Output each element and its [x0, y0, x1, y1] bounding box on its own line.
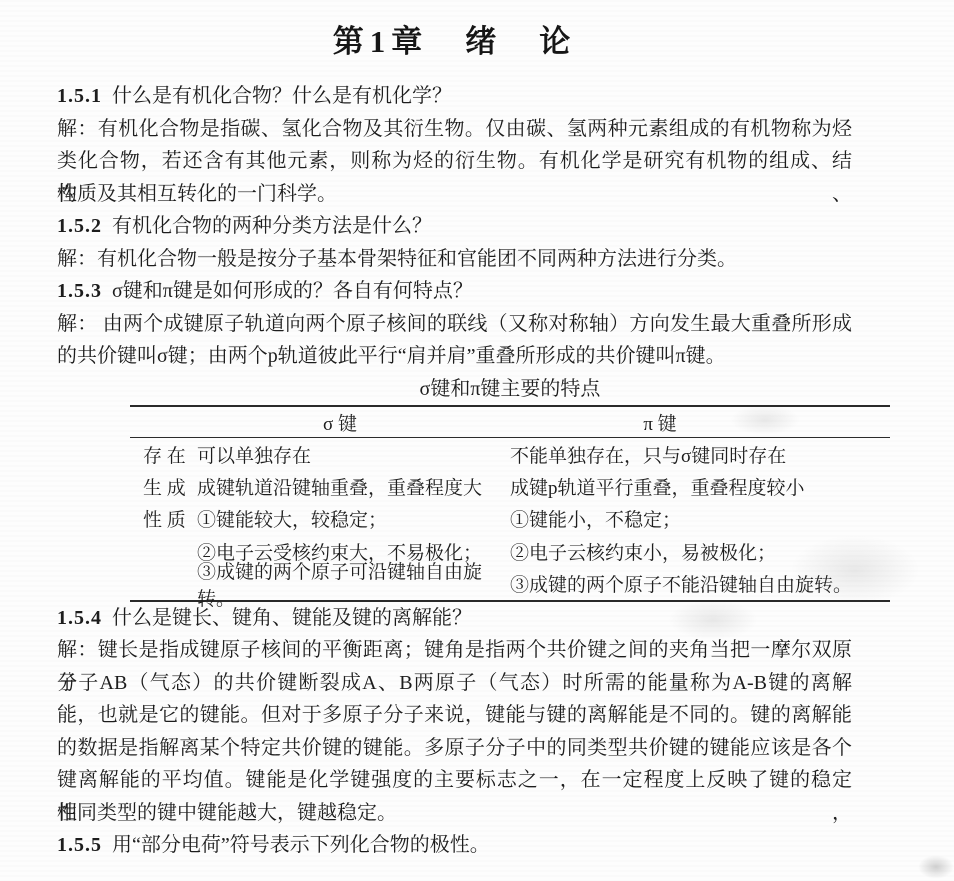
question-text: 有机化合物的两种分类方法是什么？: [112, 215, 432, 237]
question-heading-153: 1.5.3σ键和π键是如何形成的？各自有何特点？: [57, 275, 852, 308]
sigma-cell: 成键轨道沿键轴重叠，重叠程度大: [197, 473, 510, 500]
row-label: 存 在: [130, 441, 197, 468]
question-heading-154: 1.5.4什么是键长、键角、键能及键的离解能？: [57, 602, 852, 635]
question-text: 什么是键长、键角、键能及键的离解能？: [112, 607, 472, 629]
answer-line: 解：有机化合物一般是按分子基本骨架特征和官能团不同两种方法进行分类。: [57, 243, 852, 276]
table-header-row: σ 键 π 键: [130, 407, 890, 438]
answer-line: 解：有机化合物是指碳、氢化合物及其衍生物。仅由碳、氢两种元素组成的有机物称为烃: [57, 113, 852, 146]
bond-comparison-table: σ 键 π 键 存 在 可以单独存在 不能单独存在，只与σ键同时存在 生 成 成…: [130, 405, 890, 602]
pi-cell: 不能单独存在，只与σ键同时存在: [510, 441, 890, 468]
row-label: 生 成: [130, 473, 197, 500]
question-text: 什么是有机化合物？什么是有机化学？: [112, 85, 452, 107]
question-number: 1.5.4: [57, 607, 102, 629]
answer-line: 解： 由两个成键原子轨道向两个原子核间的联线（又称对称轴）方向发生最大重叠所形成: [57, 308, 852, 341]
document-page: 第1章 绪 论 1.5.1什么是有机化合物？什么是有机化学？ 解：有机化合物是指…: [0, 0, 954, 881]
column-header-sigma: σ 键: [130, 409, 550, 436]
chapter-title: 第1章 绪 论: [57, 16, 852, 61]
answer-line: 键离解能的平均值。键能是化学键强度的主要标志之一，在一定程度上反映了键的稳定性，: [57, 764, 852, 797]
question-text: 用“部分电荷”符号表示下列化合物的极性。: [112, 834, 490, 856]
answer-line: 的数据是指解离某个特定共价键的键能。多原子分子中的同类型共价键的键能应该是各个: [57, 732, 852, 765]
sigma-cell: 可以单独存在: [197, 441, 510, 468]
table-caption: σ键和π键主要的特点: [130, 373, 890, 406]
question-heading-155: 1.5.5用“部分电荷”符号表示下列化合物的极性。: [57, 829, 852, 862]
question-number: 1.5.5: [57, 834, 102, 856]
pi-cell: ①键能小，不稳定；: [510, 505, 890, 532]
sigma-cell: ①键能较大，较稳定；: [197, 505, 510, 532]
answer-line: 能，也就是它的键能。但对于多原子分子来说，键能与键的离解能是不同的。键的离解能: [57, 699, 852, 732]
table-row: 存 在 可以单独存在 不能单独存在，只与σ键同时存在: [130, 438, 890, 470]
column-header-pi: π 键: [550, 409, 890, 436]
answer-line: 的共价键叫σ键；由两个p轨道彼此平行“肩并肩”重叠所形成的共价键叫π键。: [57, 340, 852, 373]
question-number: 1.5.2: [57, 215, 102, 237]
question-number: 1.5.3: [57, 280, 102, 302]
answer-line: 解：键长是指成键原子核间的平衡距离；键角是指两个共价键之间的夹角当把一摩尔双原子: [57, 634, 852, 667]
pi-cell: ②电子云核约束小，易被极化；: [510, 538, 890, 565]
answer-line: 类化合物，若还含有其他元素，则称为烃的衍生物。有机化学是研究有机物的组成、结构、: [57, 145, 852, 178]
question-text: σ键和π键是如何形成的？各自有何特点？: [112, 280, 473, 302]
question-number: 1.5.1: [57, 85, 102, 107]
scan-smudge: [918, 855, 954, 879]
table-row: 生 成 成键轨道沿键轴重叠，重叠程度大 成键p轨道平行重叠，重叠程度较小: [130, 470, 890, 502]
pi-cell: ③成键的两个原子不能沿键轴自由旋转。: [510, 570, 890, 597]
table-row: ③成键的两个原子可沿键轴自由旋转。 ③成键的两个原子不能沿键轴自由旋转。: [130, 568, 890, 600]
pi-cell: 成键p轨道平行重叠，重叠程度较小: [510, 473, 890, 500]
question-heading-152: 1.5.2有机化合物的两种分类方法是什么？: [57, 210, 852, 243]
question-heading-151: 1.5.1什么是有机化合物？什么是有机化学？: [57, 80, 852, 113]
document-body: 1.5.1什么是有机化合物？什么是有机化学？ 解：有机化合物是指碳、氢化合物及其…: [57, 80, 852, 862]
row-label: 性 质: [130, 505, 197, 532]
table-row: 性 质 ①键能较大，较稳定； ①键能小，不稳定；: [130, 503, 890, 535]
answer-line: 分子AB（气态）的共价键断裂成A、B两原子（气态）时所需的能量称为A-B键的离解: [57, 667, 852, 700]
